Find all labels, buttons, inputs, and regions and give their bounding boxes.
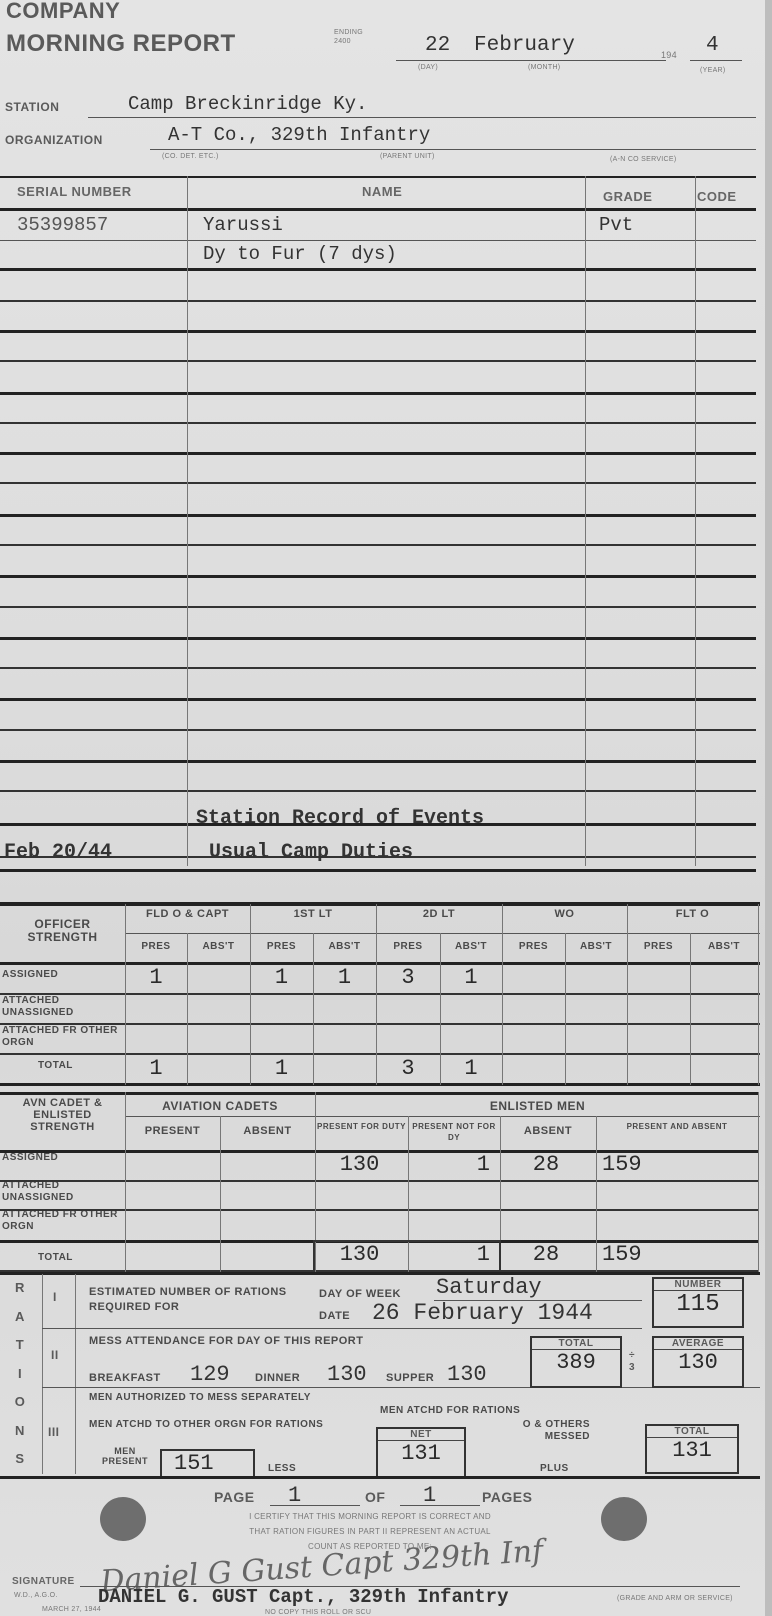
- year-prefix: 194: [661, 50, 677, 60]
- signature-label: SIGNATURE: [12, 1576, 75, 1587]
- rations-sec1-line: [42, 1328, 642, 1329]
- rations-total-value: 131: [647, 1438, 737, 1463]
- officer-row-label: ATTACHED FR OTHER ORGN: [2, 1025, 124, 1049]
- roster-serial: 35399857: [17, 214, 108, 236]
- officer-table-line: [0, 1083, 760, 1086]
- ruled-line: [0, 869, 756, 872]
- enlisted-subcol-header: PRESENT: [125, 1126, 220, 1137]
- enlisted-cell: 159: [602, 1242, 748, 1267]
- roster-col-sep-3: [695, 176, 696, 866]
- officer-subcol-header: ABS'T: [565, 941, 627, 952]
- station-value: Camp Breckinridge Ky.: [128, 93, 367, 115]
- mess-average-label: AVERAGE: [654, 1338, 742, 1350]
- ruled-line: [0, 698, 756, 701]
- enlisted-cell: 28: [506, 1242, 586, 1267]
- officer-table-col-sep: [440, 933, 441, 1085]
- enlisted-table-col-sep: [596, 1116, 597, 1272]
- ruled-line: [0, 790, 756, 792]
- aviation-cadets-group: AVIATION CADETS: [125, 1099, 315, 1113]
- breakfast-value: 129: [190, 1362, 230, 1387]
- station-underline: [88, 117, 756, 118]
- rations-side-letter: A: [8, 1309, 32, 1324]
- enlisted-subcol-header: PRESENT NOT FOR DY: [408, 1121, 500, 1143]
- officer-table-line: [0, 993, 760, 995]
- net-label: NET: [378, 1429, 464, 1441]
- rations-side-letter: S: [8, 1451, 32, 1466]
- enlisted-table-col-sep: [758, 1092, 759, 1272]
- officer-group-header: 2D LT: [376, 908, 502, 920]
- officer-table-col-sep: [125, 904, 126, 1085]
- ruled-line: [0, 760, 756, 763]
- col-grade: GRADE: [603, 189, 652, 204]
- day-caption: (DAY): [418, 64, 438, 71]
- rations-side-letter: I: [8, 1366, 32, 1381]
- officer-strength-title: OFFICER STRENGTH: [0, 918, 125, 944]
- punch-hole-left: [100, 1497, 146, 1541]
- enlisted-row-label: ATTACHED FR OTHER ORGN: [2, 1209, 124, 1233]
- report-month: February: [474, 34, 575, 57]
- rations-total-label: TOTAL: [647, 1426, 737, 1438]
- punch-hole-right: [601, 1497, 647, 1541]
- ruled-line: [0, 729, 756, 731]
- roster-grade: Pvt: [599, 214, 633, 236]
- enlisted-table-line: [0, 1150, 758, 1153]
- officer-table-col-sep: [502, 904, 503, 1085]
- rations-side-letter: R: [8, 1280, 32, 1295]
- rations-sep-2: [75, 1274, 76, 1474]
- officer-cell: 1: [250, 965, 313, 990]
- form-title-company: COMPANY: [6, 0, 120, 24]
- rations-numeral-1: I: [53, 1290, 57, 1304]
- typed-name: DANIEL G. GUST Capt., 329th Infantry: [98, 1586, 508, 1608]
- year-underline: [690, 60, 742, 61]
- ruled-line: [0, 330, 756, 333]
- month-caption: (MONTH): [528, 64, 560, 71]
- caption-parent-unit: (PARENT UNIT): [380, 153, 435, 160]
- roster-col-sep-2: [585, 176, 586, 866]
- rations-number-box: NUMBER 115: [652, 1277, 744, 1328]
- page-underline: [270, 1505, 360, 1506]
- men-authorized-label: MEN AUTHORIZED TO MESS SEPARATELY: [89, 1392, 329, 1404]
- officer-cell: 1: [440, 965, 502, 990]
- rations-number-value: 115: [654, 1291, 742, 1318]
- form-title-morning-report: MORNING REPORT: [6, 30, 236, 58]
- roster-name: Yarussi: [203, 214, 283, 236]
- officer-table-line: [0, 1023, 760, 1025]
- mess-total-box: TOTAL 389: [530, 1336, 622, 1388]
- officer-subcol-header: ABS'T: [440, 941, 502, 952]
- officer-subcol-header: PRES: [502, 941, 565, 952]
- roster-row-line: [0, 240, 756, 241]
- officer-table-col-sep: [690, 933, 691, 1085]
- net-box: NET 131: [376, 1427, 466, 1477]
- officer-subcol-header: PRES: [250, 941, 313, 952]
- rations-side-letter: O: [8, 1394, 32, 1409]
- ruled-line: [0, 606, 756, 608]
- officer-subcol-header: PRES: [627, 941, 690, 952]
- officer-group-header: FLD O & CAPT: [125, 908, 250, 920]
- net-value: 131: [378, 1441, 464, 1466]
- station-label: STATION: [5, 100, 59, 114]
- mess-average-value: 130: [654, 1350, 742, 1375]
- mess-total-label: TOTAL: [532, 1338, 620, 1350]
- organization-value: A-T Co., 329th Infantry: [168, 124, 430, 146]
- roster-remark: Dy to Fur (7 dys): [203, 243, 397, 265]
- enlisted-table-col-sep: [125, 1092, 126, 1272]
- officer-group-header: FLT O: [627, 908, 758, 920]
- enlisted-total-box: [313, 1240, 501, 1272]
- men-present-label: MEN PRESENT: [100, 1446, 150, 1466]
- of-label: OF: [365, 1489, 385, 1505]
- men-present-value: 151: [162, 1451, 253, 1476]
- copy-note: NO COPY THIS ROLL OR SCU: [265, 1609, 371, 1616]
- morning-report-form: COMPANY MORNING REPORT ENDING 2400 22 Fe…: [0, 0, 765, 1616]
- less-label: LESS: [268, 1463, 296, 1474]
- breakfast-label: BREAKFAST: [89, 1372, 161, 1384]
- form-date: MARCH 27, 1944: [42, 1606, 101, 1613]
- officer-table-col-sep: [187, 933, 188, 1085]
- supper-value: 130: [447, 1362, 487, 1387]
- officer-table-col-sep: [627, 904, 628, 1085]
- organization-underline: [150, 149, 756, 150]
- officer-group-header: WO: [502, 908, 627, 920]
- men-atchd-rations-label: MEN ATCHD FOR RATIONS: [380, 1405, 520, 1416]
- rations-side-letter: N: [8, 1423, 32, 1438]
- ruled-line: [0, 482, 756, 484]
- rations-top: [0, 1272, 760, 1275]
- ruled-line: [0, 575, 756, 578]
- rations-required-label: ESTIMATED NUMBER OF RATIONS REQUIRED FOR: [89, 1285, 289, 1315]
- officer-subcol-header: ABS'T: [313, 941, 376, 952]
- col-name: NAME: [362, 184, 402, 199]
- ruled-line: [0, 667, 756, 669]
- ruled-line: [0, 544, 756, 546]
- caption-service: (A-N CO SERVICE): [610, 156, 677, 163]
- officer-row-label: TOTAL: [38, 1060, 118, 1072]
- officer-table-line: [0, 962, 760, 965]
- event-entry: Usual Camp Duties: [209, 841, 413, 864]
- certify-line-2: THAT RATION FIGURES IN PART II REPRESENT…: [180, 1527, 560, 1536]
- mess-total-value: 389: [532, 1350, 620, 1375]
- number-label: NUMBER: [654, 1279, 742, 1291]
- officer-cell: 3: [376, 1056, 440, 1081]
- officer-cell: 3: [376, 965, 440, 990]
- enlisted-cell: 130: [321, 1152, 398, 1177]
- ruled-line: [0, 422, 756, 424]
- ending-label: ENDING 2400: [334, 28, 374, 46]
- col-code: CODE: [697, 189, 737, 204]
- day-of-week-value: Saturday: [436, 1275, 542, 1300]
- dinner-label: DINNER: [255, 1372, 300, 1384]
- ruled-line: [0, 392, 756, 395]
- divide-by-three: ÷ 3: [629, 1350, 639, 1374]
- enlisted-cell: 159: [602, 1152, 748, 1177]
- year-caption: (YEAR): [700, 67, 726, 74]
- rations-sep-1: [42, 1274, 43, 1474]
- men-present-box: 151: [160, 1449, 255, 1477]
- rations-date-value: 26 February 1944: [372, 1300, 593, 1326]
- officer-table-col-sep: [565, 933, 566, 1085]
- officer-subcol-header: PRES: [125, 941, 187, 952]
- roster-col-sep-1: [187, 176, 188, 866]
- plus-label: PLUS: [540, 1463, 569, 1474]
- officer-table-col-sep: [376, 904, 377, 1085]
- report-day: 22: [425, 34, 450, 57]
- enlisted-subcol-header: ABSENT: [220, 1126, 315, 1137]
- date-label: DATE: [319, 1310, 350, 1322]
- enlisted-table-line: [0, 1092, 758, 1095]
- enlisted-table-col-sep: [220, 1116, 221, 1272]
- record-of-events-heading: Station Record of Events: [196, 807, 484, 830]
- pages-label: PAGES: [482, 1489, 532, 1505]
- dinner-value: 130: [327, 1362, 367, 1387]
- rations-total-box: TOTAL 131: [645, 1424, 739, 1474]
- roster-top-border: [0, 176, 756, 178]
- report-year: 4: [706, 34, 719, 57]
- ruled-line: [0, 268, 756, 271]
- enlisted-row-label: TOTAL: [38, 1252, 118, 1264]
- officer-subcol-header: ABS'T: [187, 941, 250, 952]
- rations-numeral-3: III: [48, 1425, 60, 1439]
- officer-cell: 1: [313, 965, 376, 990]
- officer-cell: 1: [125, 1056, 187, 1081]
- ruled-line: [0, 300, 756, 302]
- officer-table-col-sep: [250, 904, 251, 1085]
- enlisted-subcol-header: PRESENT AND ABSENT: [596, 1121, 758, 1132]
- officer-row-label: ATTACHED UNASSIGNED: [2, 995, 124, 1019]
- grade-caption: (GRADE AND ARM OR SERVICE): [617, 1595, 733, 1602]
- enlisted-row-label: ATTACHED UNASSIGNED: [2, 1180, 124, 1204]
- officer-cell: 1: [250, 1056, 313, 1081]
- pages-underline: [400, 1505, 480, 1506]
- men-atchd-other-label: MEN ATCHD TO OTHER ORGN FOR RATIONS: [89, 1419, 329, 1431]
- certify-line-1: I CERTIFY THAT THIS MORNING REPORT IS CO…: [180, 1512, 560, 1521]
- rations-side-letter: T: [8, 1337, 32, 1352]
- enlisted-men-group: ENLISTED MEN: [315, 1099, 760, 1113]
- ruled-line: [0, 360, 756, 362]
- officer-table-line: [125, 933, 760, 934]
- officer-row-label: ASSIGNED: [2, 969, 124, 981]
- form-id: W.D., A.G.O.: [14, 1592, 58, 1599]
- rations-numeral-2: II: [51, 1348, 59, 1362]
- col-serial-number: SERIAL NUMBER: [17, 184, 132, 199]
- mess-average-box: AVERAGE 130: [652, 1336, 744, 1388]
- officer-cell: 1: [440, 1056, 502, 1081]
- others-messed-label: O & OTHERS MESSED: [490, 1419, 590, 1443]
- supper-label: SUPPER: [386, 1372, 434, 1384]
- day-of-week-label: DAY OF WEEK: [319, 1288, 401, 1300]
- date-underline: [396, 60, 666, 61]
- ruled-line: [0, 637, 756, 640]
- officer-subcol-header: PRES: [376, 941, 440, 952]
- enlisted-cell: 1: [414, 1152, 490, 1177]
- organization-label: ORGANIZATION: [5, 133, 103, 147]
- enlisted-cell: 28: [506, 1152, 586, 1177]
- page-label: PAGE: [214, 1489, 255, 1505]
- ruled-line: [0, 514, 756, 517]
- enlisted-subcol-header: PRESENT FOR DUTY: [315, 1121, 408, 1132]
- officer-table-top: [0, 902, 760, 906]
- mess-attendance-label: MESS ATTENDANCE FOR DAY OF THIS REPORT: [89, 1335, 363, 1347]
- officer-group-header: 1ST LT: [250, 908, 376, 920]
- officer-subcol-header: ABS'T: [690, 941, 758, 952]
- caption-unit: (CO. DET. ETC.): [162, 153, 219, 160]
- rations-bottom: [0, 1476, 760, 1479]
- enlisted-subcol-header: ABSENT: [500, 1126, 596, 1137]
- enlisted-strength-title: AVN CADET & ENLISTED STRENGTH: [0, 1097, 125, 1133]
- officer-cell: 1: [125, 965, 187, 990]
- officer-table-col-sep: [758, 904, 759, 1085]
- roster-header-border: [0, 208, 756, 211]
- officer-table-col-sep: [313, 933, 314, 1085]
- paper-edge: [765, 0, 772, 1616]
- enlisted-row-label: ASSIGNED: [2, 1152, 124, 1164]
- officer-table-line: [0, 1053, 760, 1055]
- enlisted-table-line: [0, 1209, 758, 1211]
- ruled-line: [0, 452, 756, 455]
- event-date: Feb 20/44: [4, 841, 112, 864]
- enlisted-table-line: [0, 1180, 758, 1182]
